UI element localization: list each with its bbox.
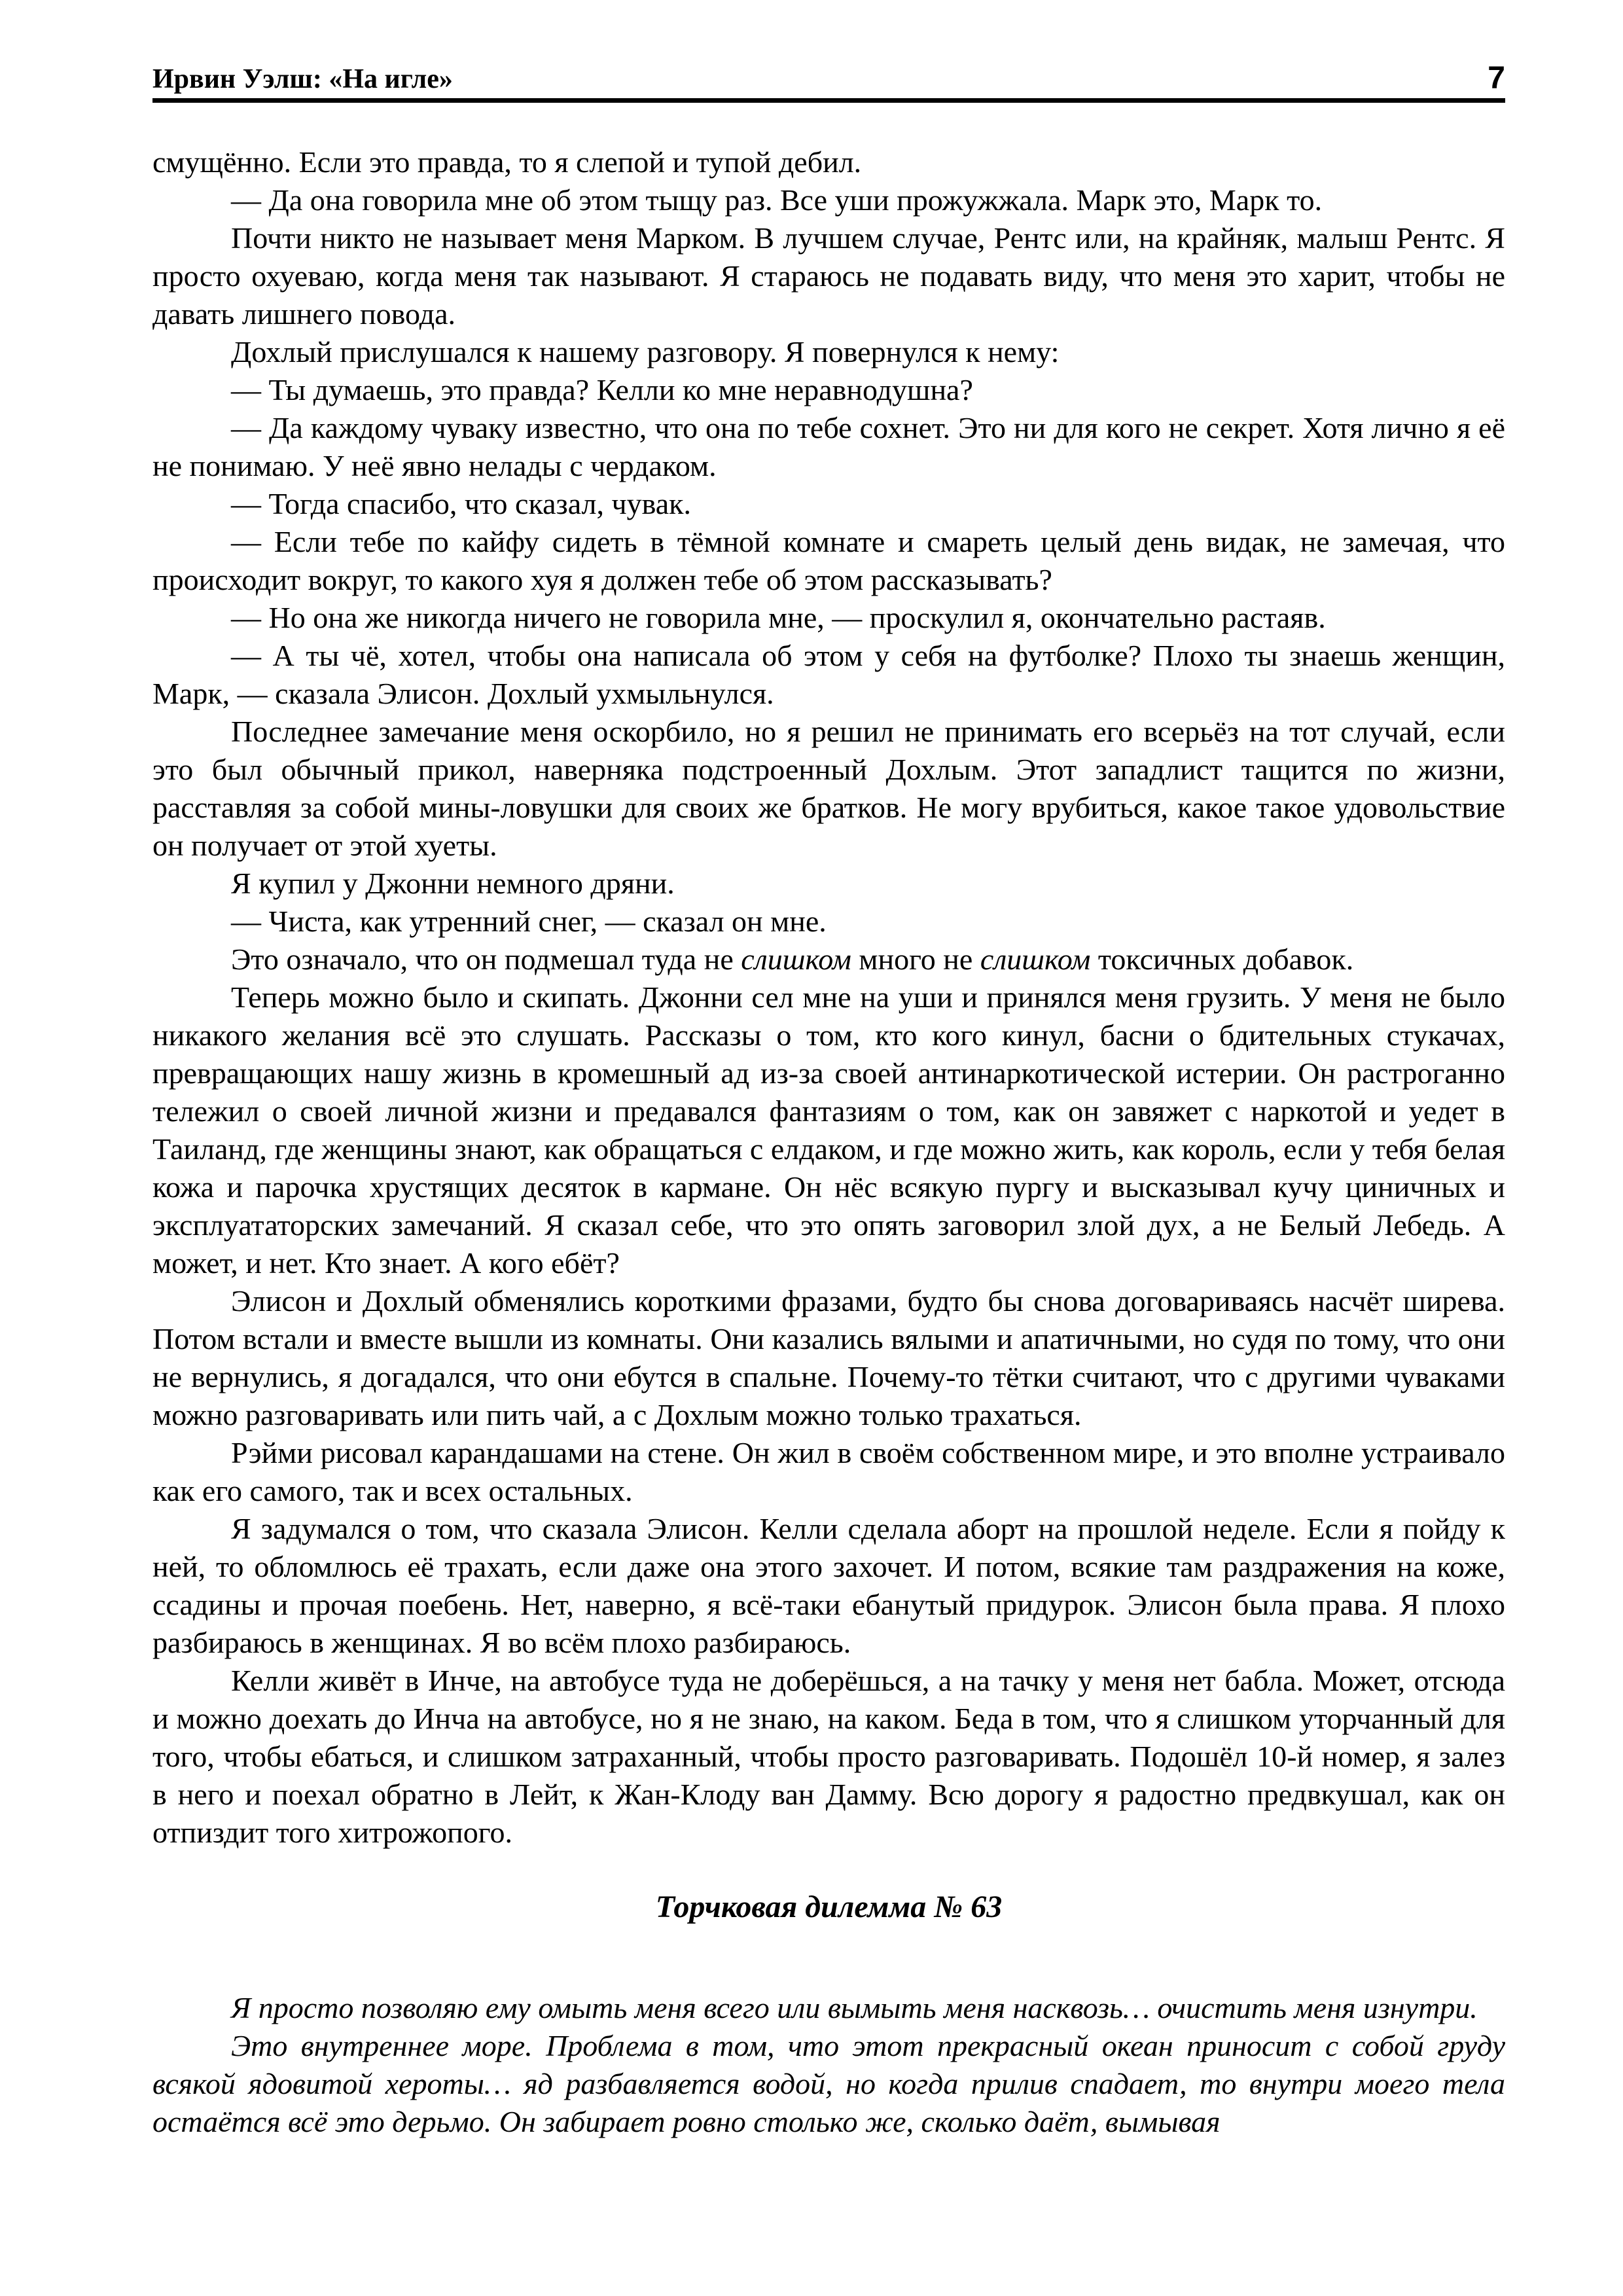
paragraph: — Да каждому чуваку известно, что она по… xyxy=(152,409,1505,485)
document-page: Ирвин Уэлш: «На игле» 7 смущённо. Если э… xyxy=(0,0,1623,2296)
text-run: Элисон и Дохлый обменялись короткими фра… xyxy=(152,1284,1505,1431)
text-run: Почти никто не называет меня Марком. В л… xyxy=(152,221,1505,331)
text-run: — Чиста, как утренний снег, — сказал он … xyxy=(231,905,827,938)
text-run: — Да каждому чуваку известно, что она по… xyxy=(152,411,1505,482)
paragraph: Теперь можно было и скипать. Джонни сел … xyxy=(152,978,1505,1282)
text-run: токсичных добавок. xyxy=(1090,942,1353,976)
paragraph: — А ты чё, хотел, чтобы она написала об … xyxy=(152,637,1505,713)
text-run: Теперь можно было и скипать. Джонни сел … xyxy=(152,980,1505,1280)
text-run: Торчковая дилемма № 63 xyxy=(656,1890,1002,1924)
paragraph: Почти никто не называет меня Марком. В л… xyxy=(152,219,1505,333)
paragraph: Рэйми рисовал карандашами на стене. Он ж… xyxy=(152,1434,1505,1510)
text-run: Я задумался о том, что сказала Элисон. К… xyxy=(152,1512,1505,1659)
paragraph: — Тогда спасибо, что сказал, чувак. xyxy=(152,485,1505,523)
text-run: — Да она говорила мне об этом тыщу раз. … xyxy=(231,183,1322,217)
section-heading: Торчковая дилемма № 63 xyxy=(152,1888,1505,1926)
paragraph: — Чиста, как утренний снег, — сказал он … xyxy=(152,903,1505,941)
header-rule xyxy=(152,98,1505,103)
text-run: Я просто позволяю ему омыть меня всего и… xyxy=(231,1991,1478,2024)
paragraph: — Да она говорила мне об этом тыщу раз. … xyxy=(152,181,1505,219)
paragraph: смущённо. Если это правда, то я слепой и… xyxy=(152,143,1505,181)
paragraph: — Если тебе по кайфу сидеть в тёмной ком… xyxy=(152,523,1505,599)
text-run: Это внутреннее море. Проблема в том, что… xyxy=(152,2029,1505,2138)
text-run: Я купил у Джонни немного дряни. xyxy=(231,867,675,900)
paragraph: Я задумался о том, что сказала Элисон. К… xyxy=(152,1510,1505,1662)
text-run: Последнее замечание меня оскорбило, но я… xyxy=(152,715,1505,862)
text-run: — Если тебе по кайфу сидеть в тёмной ком… xyxy=(152,525,1505,596)
paragraph: Это означало, что он подмешал туда не сл… xyxy=(152,941,1505,978)
emphasized-text: слишком xyxy=(741,942,851,976)
page-header: Ирвин Уэлш: «На игле» 7 xyxy=(152,63,1505,98)
paragraph: Келли живёт в Инче, на автобусе туда не … xyxy=(152,1662,1505,1852)
paragraph: — Но она же никогда ничего не говорила м… xyxy=(152,599,1505,637)
text-run: — А ты чё, хотел, чтобы она написала об … xyxy=(152,639,1505,710)
paragraph: Последнее замечание меня оскорбило, но я… xyxy=(152,713,1505,865)
text-run: много не xyxy=(851,942,980,976)
emphasized-text: слишком xyxy=(980,942,1091,976)
paragraph: Я просто позволяю ему омыть меня всего и… xyxy=(152,1989,1505,2027)
paragraph: — Ты думаешь, это правда? Келли ко мне н… xyxy=(152,371,1505,409)
text-run: — Ты думаешь, это правда? Келли ко мне н… xyxy=(231,373,973,406)
paragraph: Я купил у Джонни немного дряни. xyxy=(152,865,1505,903)
paragraph: Это внутреннее море. Проблема в том, что… xyxy=(152,2027,1505,2141)
text-run: Рэйми рисовал карандашами на стене. Он ж… xyxy=(152,1436,1505,1507)
text-run: Дохлый прислушался к нашему разговору. Я… xyxy=(231,335,1059,368)
text-run: Это означало, что он подмешал туда не xyxy=(231,942,741,976)
text-run: — Но она же никогда ничего не говорила м… xyxy=(231,601,1326,634)
text-run: Келли живёт в Инче, на автобусе туда не … xyxy=(152,1664,1505,1849)
page-number: 7 xyxy=(1488,63,1505,94)
paragraph: Дохлый прислушался к нашему разговору. Я… xyxy=(152,333,1505,371)
paragraph: Элисон и Дохлый обменялись короткими фра… xyxy=(152,1282,1505,1434)
book-title: Ирвин Уэлш: «На игле» xyxy=(152,64,453,94)
page-body: смущённо. Если это правда, то я слепой и… xyxy=(152,143,1505,2141)
text-run: смущённо. Если это правда, то я слепой и… xyxy=(152,145,861,179)
text-run: — Тогда спасибо, что сказал, чувак. xyxy=(231,487,691,520)
